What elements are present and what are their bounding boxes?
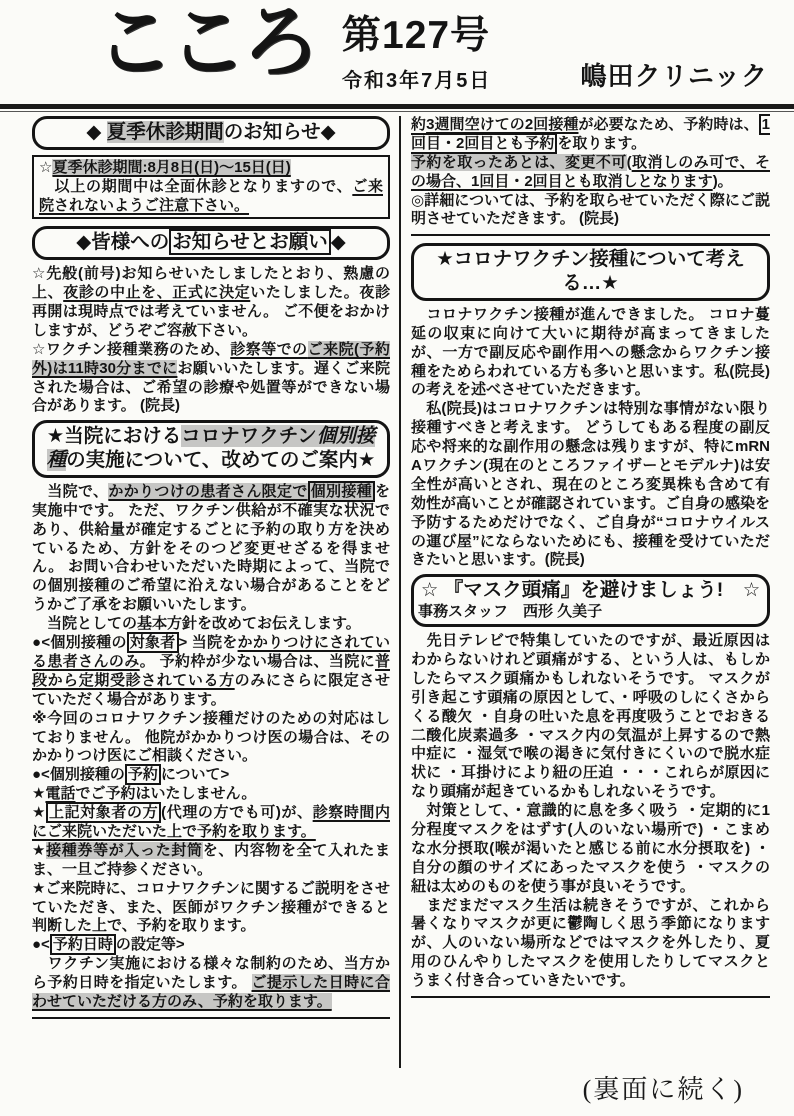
text-segment: の実施について、改めてのご案内★ <box>66 449 375 471</box>
text-segment: 電話 <box>45 785 75 802</box>
individual-vaccination-title-box: ★当院におけるコロナワクチン個別接種の実施について、改めてのご案内★ <box>32 420 390 478</box>
left-column-end-rule <box>32 1017 390 1019</box>
vaccination-target-heading: ●<個別接種の対象者> 当院をかかりつけにされている患者さんのみ。 予約枠が少な… <box>32 634 390 710</box>
mask-headache-countermeasures: 対策として、・意識的に息を多く吸う ・定期的に1分程度マスクをはずす(人のいない… <box>411 802 770 896</box>
details-at-reservation: ◎詳細については、予約を取らせていただく際にご説明させていただきます。 (院長) <box>411 192 770 230</box>
text-segment: ★ <box>32 785 45 802</box>
text-segment: 夜診の中止を、正式に決定 <box>63 284 250 301</box>
text-segment: 約 <box>411 116 426 133</box>
vaccine-opinion-title-box: ★コロナワクチン接種について考える…★ <box>411 243 770 301</box>
notice-request-title-box: ◆皆様へのお知らせとお願い◆ <box>32 226 390 260</box>
text-segment: ★ご来院時に、コロナワクチンに関するご説明をさせていただき、また、医師がワクチン… <box>32 880 390 935</box>
vaccination-reservation-heading: ●<個別接種の予約について> <box>32 766 390 785</box>
text-segment: かかりつけの患者さん限定で <box>108 483 307 500</box>
masthead: こころ 第127号 令和3年7月5日 嶋田クリニック <box>0 0 794 104</box>
vaccination-intro: 当院で、かかりつけの患者さん限定で個別接種を実施中です。 ただ、ワクチン供給が不… <box>32 483 390 615</box>
text-segment: )。 <box>713 173 733 190</box>
text-segment: 接種券等が入った封筒 <box>46 842 203 859</box>
mask-headache-causes: 先日テレビで特集していたのですが、最近原因はわからないけれど頭痛がする、という人… <box>411 632 770 802</box>
text-segment: の設定等> <box>116 936 185 953</box>
text-segment: 夏季休診期間:8月8日(日)〜15日(日) <box>52 159 290 176</box>
text-segment: ◆ <box>86 121 106 143</box>
text-segment: 予約を取ったあとは、変更不可 <box>411 154 627 171</box>
text-segment: ●<個別接種の <box>32 634 127 651</box>
text-segment: コロナワクチン接種が進んできました。 コロナ蔓延の収束に向けて大いに期待が高まっ… <box>411 306 770 399</box>
individual-vaccination-title: ★当院におけるコロナワクチン個別接種の実施について、改めてのご案内★ <box>39 425 383 473</box>
text-segment: ●<個別接種の <box>32 766 125 783</box>
text-segment: 夏季休診期間 <box>107 121 224 143</box>
text-segment: 事務スタッフ 西形 久美子 <box>418 603 602 620</box>
text-segment: ◎詳細については、予約を取らせていただく際にご説明させていただきます。 (院長) <box>411 192 770 228</box>
summer-closure-period: ☆夏季休診期間:8月8日(日)〜15日(日) <box>39 159 383 178</box>
text-segment: ◆皆様への <box>76 231 169 253</box>
text-segment: ★ <box>32 842 46 859</box>
vaccine-opinion-body: 私(院長)はコロナワクチンは特別な事情がない限り接種すべきと考えます。 どうして… <box>411 400 770 570</box>
night-clinic-notice: ☆先般(前号)お知らせいたしましたとおり、熟慮の上、夜診の中止を、正式に決定いた… <box>32 265 390 341</box>
bring-coupon-envelope: ★接種券等が入った封筒を、内容物を全て入れたまま、一旦ご持参ください。 <box>32 842 390 880</box>
reservation-datetime-heading: ●<予約日時の設定等> <box>32 936 390 955</box>
reservation-continued-block: 約3週間空けての2回接種が必要なため、予約時は、1回目・2回目とも予約を取ります… <box>411 116 770 236</box>
right-column-end-rule <box>411 996 770 998</box>
text-segment: を実施中です。 ただ、ワクチン供給が不確実な状況であり、供給量が確定するごとに予… <box>32 483 390 613</box>
text-segment: まだまだマスク生活は続きそうですが、これから暑くなりマスクが更に鬱陶しく思う季節… <box>411 897 770 990</box>
text-segment: 対策として、・意識的に息を多く吸う ・定期的に1分程度マスクをはずす(人のいない… <box>411 802 770 895</box>
newsletter-columns: ◆ 夏季休診期間のお知らせ◆ ☆夏季休診期間:8月8日(日)〜15日(日) 以上… <box>0 109 794 1068</box>
text-segment: ☆ <box>39 159 52 176</box>
vaccine-opinion-title: ★コロナワクチン接種について考える…★ <box>418 248 763 296</box>
text-segment: ※今回のコロナワクチン接種だけのための対応はしておりません。 他院がかかりつけ医… <box>32 710 390 765</box>
right-column: 約3週間空けての2回接種が必要なため、予約時は、1回目・2回目とも予約を取ります… <box>399 116 770 1068</box>
summer-closure-caution: 以上の期間中は全面休診となりますので、ご来院されないようご注意下さい。 <box>39 178 383 216</box>
text-segment: ☆ 『マスク頭痛』を避けましょう! ☆ <box>421 579 760 601</box>
text-segment: > 当院を <box>179 634 238 651</box>
clinic-name: 嶋田クリニック <box>581 56 768 93</box>
text-segment: 予約日時 <box>50 934 116 955</box>
text-segment: 。 予約枠が少ない場合は、当院に <box>140 653 375 670</box>
reservation-in-person: ★上記対象者の方(代理の方でも可)が、診察時間内にご来院いただいた上で予約を取り… <box>32 804 390 842</box>
mask-headache-title: ☆ 『マスク頭痛』を避けましょう! ☆ <box>418 579 763 603</box>
newsletter-page: こころ 第127号 令和3年7月5日 嶋田クリニック ◆ 夏季休診期間のお知らせ… <box>0 0 794 1116</box>
left-column: ◆ 夏季休診期間のお知らせ◆ ☆夏季休診期間:8月8日(日)〜15日(日) 以上… <box>32 116 399 1068</box>
newsletter-logo-kokoro: こころ <box>96 1 315 85</box>
vaccination-target-note: ※今回のコロナワクチン接種だけのための対応はしておりません。 他院がかかりつけ医… <box>32 710 390 767</box>
text-segment: 予約 <box>125 764 161 785</box>
visit-time-request: ☆ワクチン接種業務のため、診察等でのご来院(予約外)は11時30分までにお願いい… <box>32 341 390 417</box>
text-segment: 診察等での <box>230 341 307 358</box>
two-dose-reservation: 約3週間空けての2回接種が必要なため、予約時は、1回目・2回目とも予約を取ります… <box>411 116 770 154</box>
text-segment: 当院で、 <box>32 483 108 500</box>
mask-headache-title-box: ☆ 『マスク頭痛』を避けましょう! ☆ 事務スタッフ 西形 久美子 <box>411 574 770 627</box>
text-segment: を取ります。 <box>557 135 646 152</box>
mask-headache-closing: まだまだマスク生活は続きそうですが、これから暑くなりマスクが更に鬱陶しく思う季節… <box>411 897 770 991</box>
text-segment: ◆ <box>331 231 346 253</box>
text-segment: 私(院長)はコロナワクチンは特別な事情がない限り接種すべきと考えます。 どうして… <box>411 400 770 568</box>
reservation-datetime-note: ワクチン実施における様々な制約のため、当方から予約日時を指定いたします。 ご提示… <box>32 955 390 1012</box>
text-segment: 先日テレビで特集していたのですが、最近原因はわからないけれど頭痛がする、という人… <box>411 632 770 800</box>
text-segment: ●< <box>32 936 50 953</box>
text-segment: お知らせとお願い <box>169 229 330 255</box>
text-segment: (代理の方でも可)が、 <box>161 804 312 821</box>
text-segment: 当院としての基本方針を改めてお伝えします。 <box>32 615 361 632</box>
text-segment: ★コロナワクチン接種について考える…★ <box>436 248 745 294</box>
text-segment: でご予約はいたしません。 <box>75 785 256 802</box>
text-segment: 3週間空けての2回接種 <box>426 116 578 133</box>
mask-headache-byline: 事務スタッフ 西形 久美子 <box>418 603 763 622</box>
issue-block: 第127号 令和3年7月5日 <box>342 16 491 93</box>
summer-closure-title-box: ◆ 夏季休診期間のお知らせ◆ <box>32 116 390 150</box>
text-segment: 対象者 <box>127 632 179 653</box>
text-segment: について> <box>161 766 229 783</box>
no-change-policy: 予約を取ったあとは、変更不可(取消しのみ可で、その場合、1回目・2回目とも取消し… <box>411 154 770 192</box>
text-segment: ★ <box>32 804 46 821</box>
issue-number: 第127号 <box>342 16 491 55</box>
text-segment: 個別接種 <box>308 481 375 502</box>
issue-date: 令和3年7月5日 <box>342 64 491 93</box>
summer-closure-title: ◆ 夏季休診期間のお知らせ◆ <box>39 121 383 145</box>
text-segment: が必要なため、予約時は、 <box>578 116 758 133</box>
doctor-judgement-note: ★ご来院時に、コロナワクチンに関するご説明をさせていただき、また、医師がワクチン… <box>32 880 390 937</box>
text-segment: ★当院における <box>47 425 181 447</box>
text-segment: コロナワクチン <box>181 425 317 447</box>
text-segment: ☆ワクチン接種業務のため、 <box>32 341 230 358</box>
summer-closure-body-box: ☆夏季休診期間:8月8日(日)〜15日(日) 以上の期間中は全面休診となりますの… <box>32 155 390 220</box>
text-segment: のお知らせ◆ <box>224 121 336 143</box>
notice-request-title: ◆皆様へのお知らせとお願い◆ <box>39 231 383 255</box>
vaccine-opinion-intro: コロナワクチン接種が進んできました。 コロナ蔓延の収束に向けて大いに期待が高まっ… <box>411 306 770 400</box>
continued-on-back-note: (裏面に続く) <box>583 1069 744 1106</box>
text-segment: 上記対象者の方 <box>46 802 161 823</box>
text-segment: 以上の期間中は全面休診となりますので、 <box>39 178 352 195</box>
vaccination-policy-note: 当院としての基本方針を改めてお伝えします。 <box>32 615 390 634</box>
